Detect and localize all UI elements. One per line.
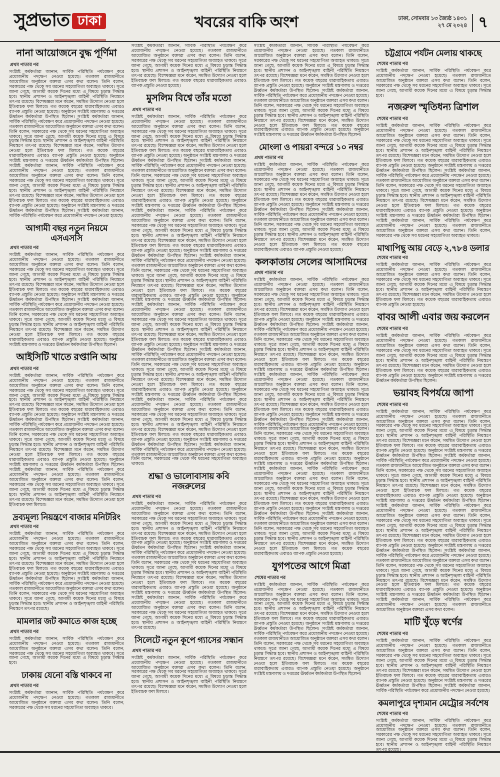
- article-byline: শেষের পাতার পর: [377, 710, 491, 718]
- article-headline: মুসলিম বিশ্বে তাঁর মতো: [131, 94, 246, 105]
- page-number-divider: [472, 14, 473, 32]
- article-headline: নানা আয়োজনে বুদ্ধ পূর্ণিমা: [9, 49, 124, 60]
- article-body: সংশ্লিষ্ট কর্মকর্তারা জানান, সার্বিক পরি…: [254, 44, 369, 138]
- article: দ্রব্যমূল্য নিয়ন্ত্রণে বাজার মনিটরিংপ্র…: [9, 513, 124, 612]
- article: নজরুল স্মৃতিধন্য ত্রিশালশেষের পাতার পরসং…: [376, 103, 491, 238]
- article-byline: প্রথম পাতার পর: [132, 493, 246, 501]
- article-body: সংশ্লিষ্ট কর্মকর্তারা জানান, সার্বিক পরি…: [9, 532, 124, 612]
- article-body: সংশ্লিষ্ট কর্মকর্তারা জানান, সার্বিক পরি…: [131, 44, 246, 89]
- article: মাটি খুঁড়ে স্বর্ণেরশেষের পাতার পরসংশ্লি…: [376, 618, 491, 694]
- article-body: সংশ্লিষ্ট কর্মকর্তারা জানান, সার্বিক পরি…: [376, 124, 491, 238]
- article-body: সংশ্লিষ্ট কর্মকর্তারা জানান, সার্বিক পরি…: [376, 639, 491, 694]
- article: কলকাতায় সেলের আসামিদেরপ্রথম পাতার পরসংশ…: [254, 258, 369, 557]
- article-headline: যুগপতের আগে মিত্রা: [254, 562, 369, 573]
- article-headline: শ্রদ্ধা ও ভালোবাসায় কবি নজরুলের: [131, 472, 246, 491]
- dateline-block: ঢাকা, সোমবার ১৩ জ্যৈষ্ঠ ১৪৩১ ২৭ মে ২০২৪: [398, 16, 467, 31]
- article-byline: প্রথম পাতার পর: [132, 647, 246, 655]
- article-byline: প্রথম পাতার পর: [255, 269, 369, 277]
- article-body: সংশ্লিষ্ট কর্মকর্তারা জানান, সার্বিক পরি…: [9, 374, 124, 508]
- article-headline: মোংলা ও পায়রা বন্দরে ১০ নম্বর: [254, 143, 369, 153]
- newspaper-page: সুপ্রভাত ঢাকা খবরের বাকি অংশ ঢাকা, সোমবা…: [0, 0, 500, 777]
- article-byline: প্রথম পাতার পর: [255, 154, 369, 162]
- article-byline: প্রথম পাতার পর: [10, 244, 124, 252]
- article-byline: শেষের পাতার পর: [377, 401, 491, 409]
- article-byline: শেষের পাতার পর: [377, 60, 491, 68]
- article: মুসলিম বিশ্বে তাঁর মতোপ্রথম পাতার পরসংশ্…: [131, 94, 246, 468]
- article-body: সংশ্লিষ্ট কর্মকর্তারা জানান, সার্বিক পরি…: [9, 637, 124, 667]
- article-body: সংশ্লিষ্ট কর্মকর্তারা জানান, সার্বিক পরি…: [254, 278, 369, 556]
- article: আগামী বছর নতুন নিয়মে এসএসসিপ্রথম পাতার …: [9, 224, 124, 348]
- article: যুগপতের আগে মিত্রাশেষের পাতার পরসংশ্লিষ্…: [254, 562, 369, 677]
- article: আইসিটি খাতে রপ্তানি আয়প্রথম পাতার পরসংশ…: [9, 353, 124, 508]
- article-body: সংশ্লিষ্ট কর্মকর্তারা জানান, সার্বিক পরি…: [254, 583, 369, 677]
- content-columns: নানা আয়োজনে বুদ্ধ পূর্ণিমাপ্রথম পাতার প…: [0, 42, 500, 752]
- footer-rule: [0, 751, 500, 753]
- dateline-bangla: ঢাকা, সোমবার ১৩ জ্যৈষ্ঠ ১৪৩১: [398, 16, 467, 23]
- article-headline: কলকাতায় সেলের আসামিদের: [254, 258, 369, 269]
- column-4: চট্টগ্রামে পর্যটন মেলায় থাকছেশেষের পাতা…: [376, 44, 491, 752]
- article-body: সংশ্লিষ্ট কর্মকর্তারা জানান, সার্বিক পরি…: [376, 69, 491, 99]
- article: চট্টগ্রামে পর্যটন মেলায় থাকছেশেষের পাতা…: [376, 49, 491, 98]
- article-body: সংশ্লিষ্ট কর্মকর্তারা জানান, সার্বিক পরি…: [131, 502, 246, 631]
- article-byline: শেষের পাতার পর: [377, 630, 491, 638]
- newspaper-logo: সুপ্রভাত ঢাকা: [14, 6, 106, 41]
- article-body: সংশ্লিষ্ট কর্মকর্তারা জানান, সার্বিক পরি…: [376, 263, 491, 308]
- article-byline: প্রথম পাতার পর: [10, 61, 124, 69]
- article: ভয়াবহ বিপর্যয়ে জাপাশেষের পাতার পরসংশ্ল…: [376, 389, 491, 614]
- article-continuation: সংশ্লিষ্ট কর্মকর্তারা জানান, সার্বিক পরি…: [254, 44, 369, 138]
- article: ঢাকায় যেনো বস্তি থাকবে নাপ্রথম পাতার পর…: [9, 671, 124, 711]
- article-byline: প্রথম পাতার পর: [132, 106, 246, 114]
- logo-text-secondary: ঢাকা: [72, 13, 106, 29]
- article-body: সংশ্লিষ্ট কর্মকর্তারা জানান, সার্বিক পরি…: [131, 656, 246, 696]
- column-2: সংশ্লিষ্ট কর্মকর্তারা জানান, সার্বিক পরি…: [131, 44, 246, 752]
- article-body: সংশ্লিষ্ট কর্মকর্তারা জানান, সার্বিক পরি…: [376, 334, 491, 384]
- article-byline: প্রথম পাতার পর: [10, 365, 124, 373]
- article-headline: আগামী বছর নতুন নিয়মে এসএসসি: [9, 224, 124, 243]
- article-byline: শেষের পাতার পর: [255, 574, 369, 582]
- column-1: নানা আয়োজনে বুদ্ধ পূর্ণিমাপ্রথম পাতার প…: [9, 44, 124, 752]
- article-headline: চট্টগ্রামে পর্যটন মেলায় থাকছে: [376, 49, 491, 59]
- article-headline: মাটি খুঁড়ে স্বর্ণের: [376, 618, 491, 629]
- article-body: সংশ্লিষ্ট কর্মকর্তারা জানান, সার্বিক পরি…: [254, 163, 369, 252]
- section-title: খবরের বাকি অংশ: [194, 11, 298, 36]
- article: সিলেটে নতুন কূপে গ্যাসের সন্ধানপ্রথম পাত…: [131, 636, 246, 695]
- article-byline: প্রথম পাতার পর: [10, 523, 124, 531]
- article-headline: ঢাকায় যেনো বস্তি থাকবে না: [9, 671, 124, 681]
- column-3: সংশ্লিষ্ট কর্মকর্তারা জানান, সার্বিক পরি…: [254, 44, 369, 752]
- article-byline: শেষের পাতার পর: [377, 325, 491, 333]
- article: শ্রদ্ধা ও ভালোবাসায় কবি নজরুলেরপ্রথম পা…: [131, 472, 246, 631]
- article: বাবর আলী এবার জয় করলেনশেষের পাতার পরসংশ…: [376, 313, 491, 384]
- article-body: সংশ্লিষ্ট কর্মকর্তারা জানান, সার্বিক পরি…: [376, 719, 491, 752]
- logo-text-primary: সুপ্রভাত: [14, 6, 69, 37]
- article-headline: ভয়াবহ বিপর্যয়ে জাপা: [376, 389, 491, 400]
- article-byline: প্রথম পাতার পর: [10, 628, 124, 636]
- article-headline: সিলেটে নতুন কূপে গ্যাসের সন্ধান: [131, 636, 246, 646]
- article-byline: প্রথম পাতার পর: [10, 682, 124, 690]
- masthead: সুপ্রভাত ঢাকা খবরের বাকি অংশ ঢাকা, সোমবা…: [0, 0, 500, 42]
- dateline-gregorian: ২৭ মে ২০২৪: [398, 23, 467, 30]
- article-body: সংশ্লিষ্ট কর্মকর্তারা জানান, সার্বিক পরি…: [9, 253, 124, 347]
- article-headline: বাবর আলী এবার জয় করলেন: [376, 313, 491, 324]
- article-headline: কমলাপুরে দৃশ্যমান মেট্রোর সর্বশেষ: [376, 699, 491, 709]
- article-headline: আইসিটি খাতে রপ্তানি আয়: [9, 353, 124, 364]
- article: কমলাপুরে দৃশ্যমান মেট্রোর সর্বশেষশেষের প…: [376, 699, 491, 752]
- article-headline: মামলার জট কমাতে কাজ হচ্ছে: [9, 617, 124, 627]
- page-number: ৭: [478, 11, 490, 36]
- article: নানা আয়োজনে বুদ্ধ পূর্ণিমাপ্রথম পাতার প…: [9, 49, 124, 219]
- article-body: সংশ্লিষ্ট কর্মকর্তারা জানান, সার্বিক পরি…: [131, 115, 246, 468]
- article: মোংলা ও পায়রা বন্দরে ১০ নম্বরপ্রথম পাতা…: [254, 143, 369, 252]
- article-headline: নজরুল স্মৃতিধন্য ত্রিশাল: [376, 103, 491, 114]
- article-headline: দ্রব্যমূল্য নিয়ন্ত্রণে বাজার মনিটরিং: [9, 513, 124, 523]
- article: মাথাপিছু আয় বেড়ে ২,৭৮৪ ডলারশেষের পাতার…: [376, 244, 491, 308]
- article-body: সংশ্লিষ্ট কর্মকর্তারা জানান, সার্বিক পরি…: [376, 410, 491, 614]
- article: মামলার জট কমাতে কাজ হচ্ছেপ্রথম পাতার পরস…: [9, 617, 124, 666]
- article-continuation: সংশ্লিষ্ট কর্মকর্তারা জানান, সার্বিক পরি…: [131, 44, 246, 89]
- logo-tagline-bar: [54, 39, 106, 41]
- masthead-right: ঢাকা, সোমবার ১৩ জ্যৈষ্ঠ ১৪৩১ ২৭ মে ২০২৪ …: [398, 11, 490, 36]
- article-byline: শেষের পাতার পর: [377, 254, 491, 262]
- article-body: সংশ্লিষ্ট কর্মকর্তারা জানান, সার্বিক পরি…: [9, 691, 124, 711]
- article-byline: শেষের পাতার পর: [377, 115, 491, 123]
- article-headline: মাথাপিছু আয় বেড়ে ২,৭৮৪ ডলার: [376, 244, 491, 254]
- article-body: সংশ্লিষ্ট কর্মকর্তারা জানান, সার্বিক পরি…: [9, 70, 124, 219]
